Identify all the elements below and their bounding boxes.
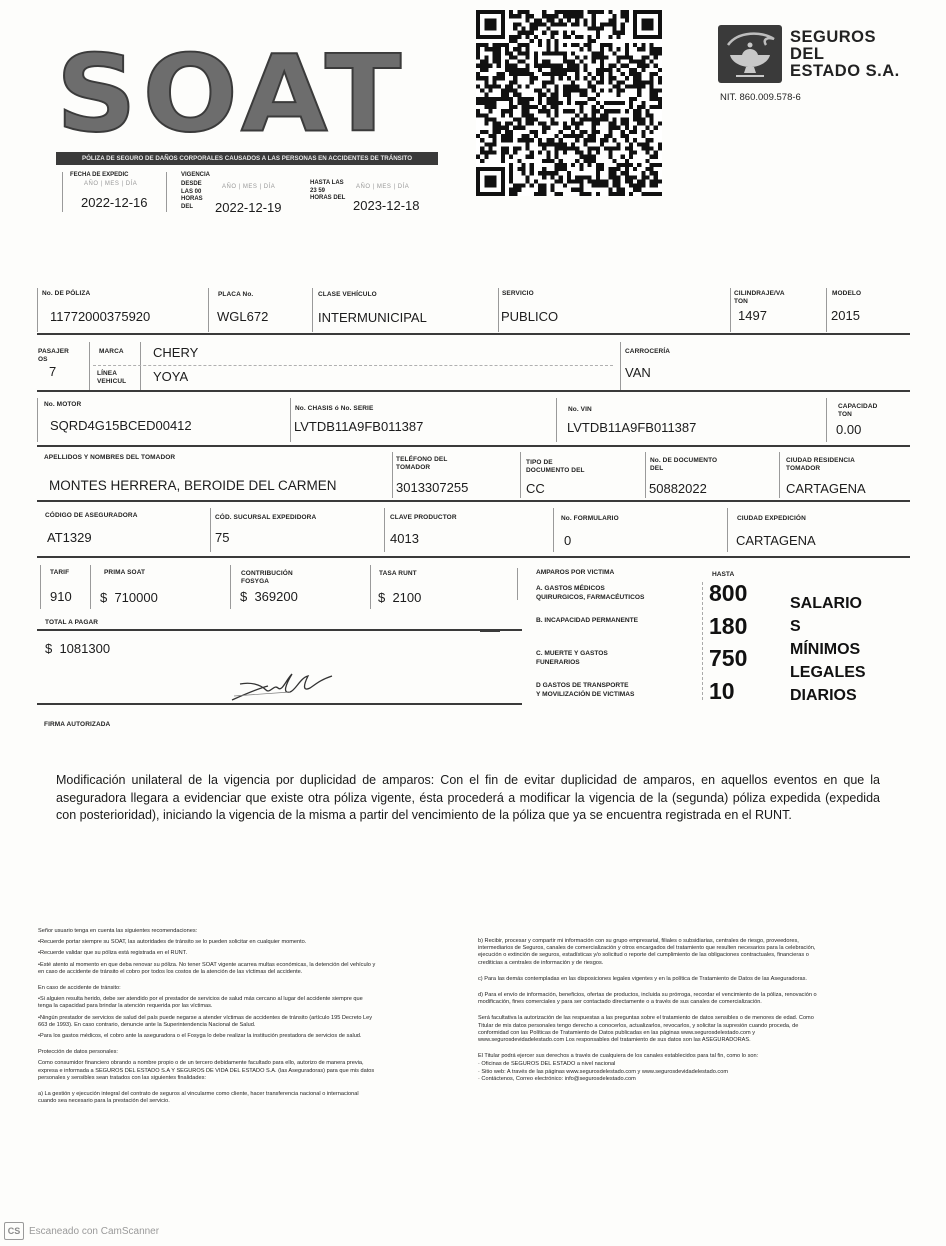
formulario-value: 0 [564,533,571,548]
fecha-expedicion-label: FECHA DE EXPEDIC [70,172,128,180]
contribucion-label: CONTRIBUCIÓN FOSYGA [241,570,301,586]
capacidad-value: 0.00 [836,422,861,437]
runt-label: TASA RUNT [379,570,417,578]
divider [89,342,90,392]
chasis-label: No. CHASIS ó No. SERIE [295,405,373,413]
pasajeros-label: PASAJER OS [38,348,72,364]
signature [230,670,350,706]
amparo-b-value: 180 [709,613,747,640]
linea-value: YOYA [153,369,188,384]
clave-productor: 4013 [390,531,419,546]
divider [37,703,522,705]
soat-logo-band: PÓLIZA DE SEGURO DE DAÑOS CORPORALES CAU… [56,152,438,165]
amparo-a-value: 800 [709,580,747,607]
divider [37,288,38,332]
divider [37,556,910,558]
ciudad-residencia-value: CARTAGENA [786,481,866,496]
motor-value: SQRD4G15BCED00412 [50,418,192,433]
divider [370,565,371,609]
divider [290,398,291,442]
divider [730,288,731,332]
servicio-value: PUBLICO [501,309,558,324]
amparo-c-label: C. MUERTE Y GASTOS FUNERARIOS [536,650,608,667]
qr-code [476,10,662,196]
telefono-label: TELÉFONO DEL TOMADOR [396,456,456,472]
amparo-d-label: D GASTOS DE TRANSPORTE Y MOVILIZACIÓN DE… [536,682,634,699]
divider [826,288,827,332]
divider [826,398,827,442]
divider [520,452,521,498]
amparos-title: AMPAROS POR VICTIMA [536,569,614,578]
telefono-value: 3013307255 [396,480,468,495]
divider [517,568,518,600]
num-doc-label: No. DE DOCUMENTO DEL [650,457,720,473]
divider [37,445,910,447]
divider [779,452,780,498]
servicio-label: SERVICIO [502,290,534,298]
divider [208,288,209,332]
divider [93,365,613,367]
camscanner-watermark: CS Escaneado con CamScanner [4,1222,159,1240]
divider [40,565,41,609]
camscanner-icon: CS [4,1222,24,1240]
tarifa-value: 910 [50,589,72,604]
vigencia-label: VIGENCIA [181,172,210,180]
soat-logo: SOAT [56,42,438,147]
contribucion-value: $ 369200 [240,589,298,604]
sucursal-label: CÓD. SUCURSAL EXPEDIDORA [215,514,316,522]
duplicidad-notice: Modificación unilateral de la vigencia p… [56,772,880,825]
divider [166,172,167,212]
poliza-number: 11772000375920 [50,309,150,324]
ciudad-residencia-label: CIUDAD RESIDENCIA TOMADOR [786,457,866,473]
sucursal-value: 75 [215,530,229,545]
divider [37,629,522,631]
date-format-hint: AÑO | MES | DÍA [222,184,275,190]
chasis-value: LVTDB11A9FB011387 [294,419,423,434]
divider [620,342,621,392]
prima-value: $ 710000 [100,590,158,605]
divider [62,172,63,212]
divider [553,508,554,552]
divider [384,508,385,552]
carroceria-label: CARROCERÍA [625,348,670,356]
vigencia-desde: 2022-12-19 [215,200,282,215]
divider [312,288,313,332]
camscanner-text: Escaneado con CamScanner [29,1226,159,1237]
vigencia-hasta: 2023-12-18 [353,198,420,213]
marca-value: CHERY [153,345,198,360]
poliza-label: No. DE PÓLIZA [42,290,90,298]
divider [702,582,704,700]
tomador-nombre-label: APELLIDOS Y NOMBRES DEL TOMADOR [44,454,175,462]
pasajeros-value: 7 [49,364,56,379]
company-nit: NIT. 860.009.578-6 [720,92,801,103]
modelo-label: MODELO [832,290,861,298]
clave-productor-label: CLAVE PRODUCTOR [390,514,457,522]
amparo-d-value: 10 [709,678,735,705]
total-label: TOTAL A PAGAR [45,619,98,627]
clase-value: INTERMUNICIPAL [318,310,427,325]
firma-label: FIRMA AUTORIZADA [44,721,110,729]
capacidad-label: CAPACIDAD TON [838,403,888,419]
tarifa-label: TARIF [50,569,69,577]
divider [556,398,557,442]
vin-value: LVTDB11A9FB011387 [567,420,696,435]
divider [727,508,728,552]
tomador-nombre: MONTES HERRERA, BEROIDE DEL CARMEN [49,478,337,493]
divider [37,398,38,442]
desde-label: DESDE LAS 00 HORAS DEL [181,181,211,211]
divider [498,288,499,332]
amparo-b-label: B. INCAPACIDAD PERMANENTE [536,617,638,626]
clase-label: CLASE VEHÍCULO [318,291,377,299]
cilindraje-value: 1497 [738,308,767,323]
date-format-hint: AÑO | MES | DÍA [84,181,137,187]
divider [90,565,91,609]
placa-value: WGL672 [217,309,268,324]
codigo-aseguradora: AT1329 [47,530,92,545]
hasta-label: HASTA [712,571,734,580]
modelo-value: 2015 [831,308,860,323]
num-doc-value: 50882022 [649,481,707,496]
ciudad-expedicion: CARTAGENA [736,533,816,548]
amparo-a-label: A. GASTOS MÉDICOS QUIRURGICOS, FARMACÉUT… [536,585,644,602]
divider [210,508,211,552]
prima-label: PRIMA SOAT [104,569,145,577]
fecha-expedicion: 2022-12-16 [81,195,148,210]
placa-label: PLACA No. [218,291,253,299]
hasta-label: HASTA LAS 23 59 HORAS DEL [310,180,346,203]
company-name: SEGUROS DEL ESTADO S.A. [790,29,900,80]
motor-label: No. MOTOR [44,401,81,409]
divider [230,565,231,609]
linea-label: LÍNEA VEHICUL [97,370,131,386]
salarios-minimos-unit: SALARIO S MÍNIMOS LEGALES DIARIOS [790,592,866,707]
divider [37,333,910,335]
cilindraje-label: CILINDRAJE/VA TON [734,290,792,306]
carroceria-value: VAN [625,365,651,380]
tipo-doc-label: TIPO DE DOCUMENTO DEL [526,459,596,475]
marca-label: MARCA [99,348,124,356]
divider [37,500,910,502]
codigo-aseguradora-label: CÓDIGO DE ASEGURADORA [45,512,138,520]
divider [140,342,141,392]
divider [480,631,500,632]
runt-value: $ 2100 [378,590,421,605]
tipo-doc-value: CC [526,481,545,496]
divider [392,452,393,498]
amparo-c-value: 750 [709,645,747,672]
ciudad-expedicion-label: CIUDAD EXPEDICIÓN [737,515,806,523]
vin-label: No. VIN [568,406,592,414]
fine-print-right: b) Recibir, procesar y compartir mi info… [478,938,823,1083]
fine-print-left: Señor usuario tenga en cuenta las siguie… [38,928,378,1109]
divider [645,452,646,498]
formulario-label: No. FORMULARIO [561,515,619,523]
date-format-hint: AÑO | MES | DÍA [356,184,409,190]
divider [37,390,910,392]
total-value: $ 1081300 [45,641,110,656]
lamp-icon [718,25,782,83]
